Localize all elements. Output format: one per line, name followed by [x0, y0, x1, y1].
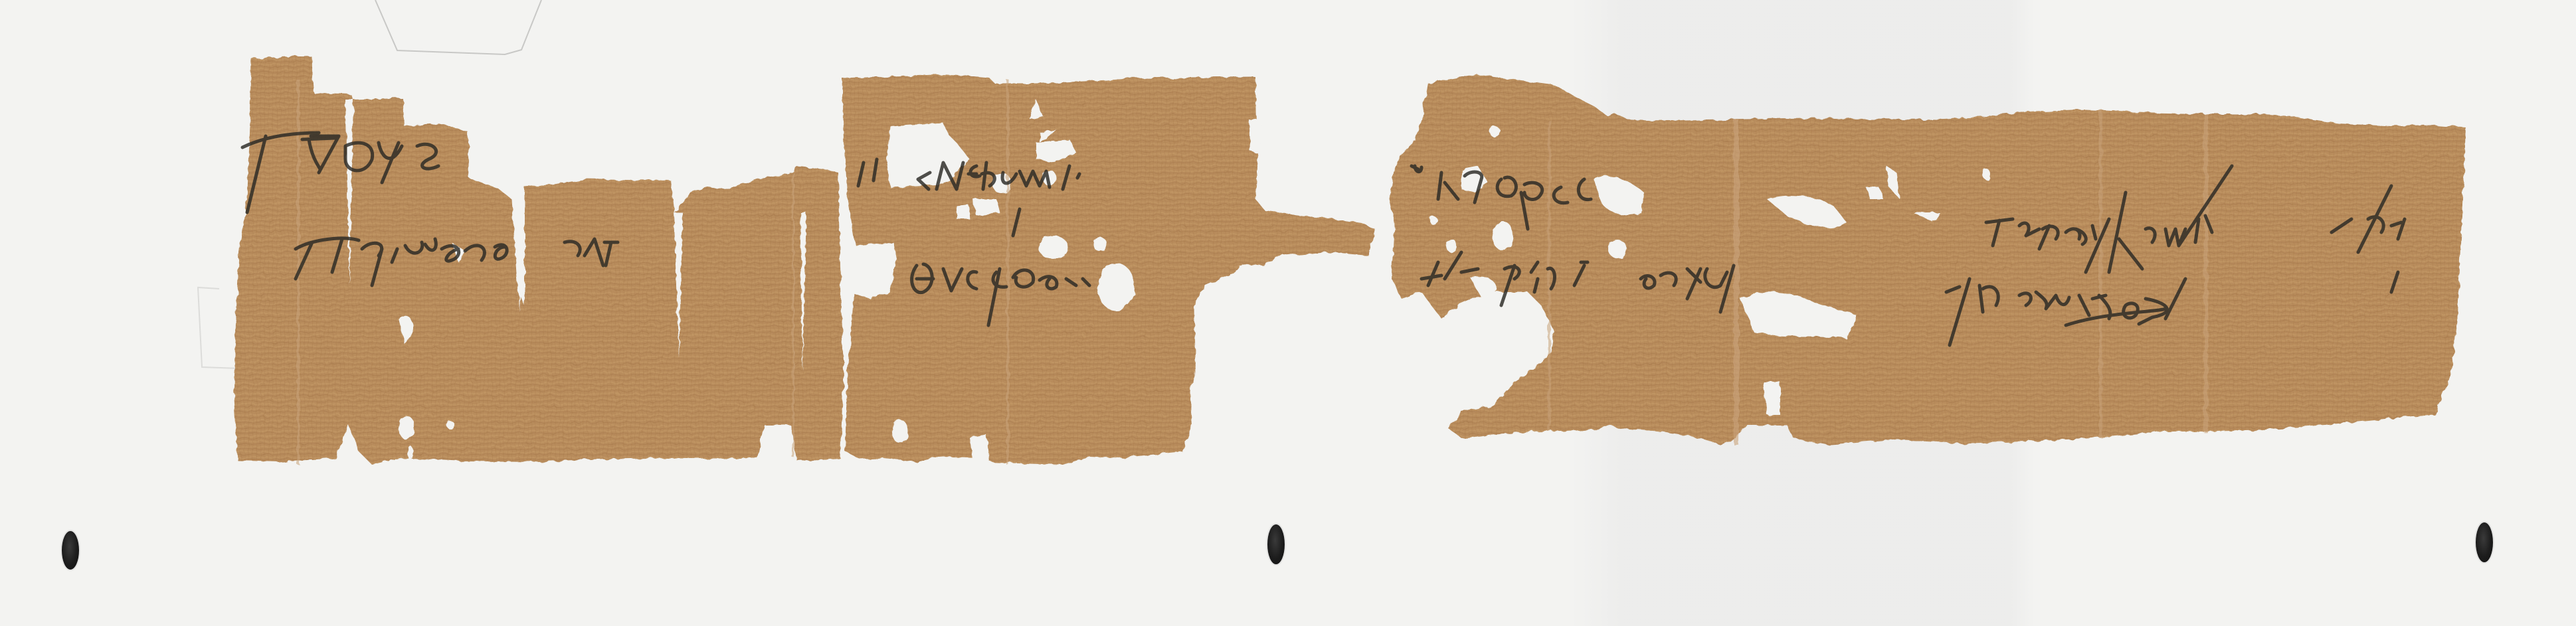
papyrus-fragments — [0, 0, 2576, 626]
punch-hole-center — [1267, 524, 1285, 564]
fragment-right — [1390, 74, 2466, 445]
punch-hole-left — [62, 531, 79, 570]
fragment-middle — [842, 74, 1375, 465]
punch-hole-right — [2476, 522, 2493, 562]
fragment-left — [234, 56, 844, 465]
